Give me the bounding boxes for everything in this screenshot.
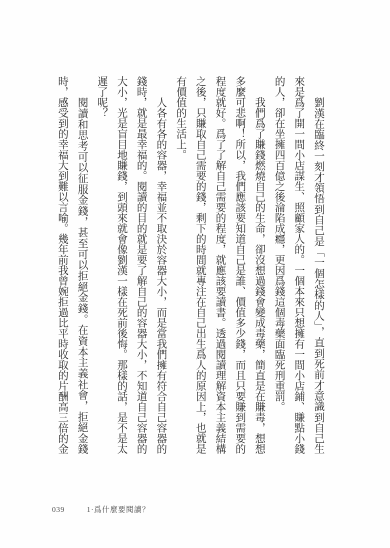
paragraph-2: 我們爲了賺錢燃燒自己的生命，卻沒想過錢會變成毒藥，簡直是在賺毒，想想多麼可悲啊！… [170,76,269,454]
page-number: 039 [52,505,65,514]
page-footer: 039 1·爲什麼要閱讀？ [52,504,150,515]
body-text: 劉漢在臨終一刻才領悟到自己是「一個怎樣的人」，直到死前才意識到自己生來是爲了開一… [52,76,328,454]
chapter-title: 1·爲什麼要閱讀？ [87,504,150,515]
paragraph-3: 人各有各的容器，幸福並不取決於容器大小，而是當我們擁有符合自己容器的錢時，就是最… [92,76,171,454]
paragraph-4: 閱讀和思考可以征服金錢，甚至可以拒絕金錢。在資本主義社會，拒絕金錢時，感受到的幸… [52,76,91,454]
book-page: 劉漢在臨終一刻才領悟到自己是「一個怎樣的人」，直到死前才意識到自己生來是爲了開一… [0,0,390,548]
paragraph-1: 劉漢在臨終一刻才領悟到自己是「一個怎樣的人」，直到死前才意識到自己生來是爲了開一… [269,76,328,454]
